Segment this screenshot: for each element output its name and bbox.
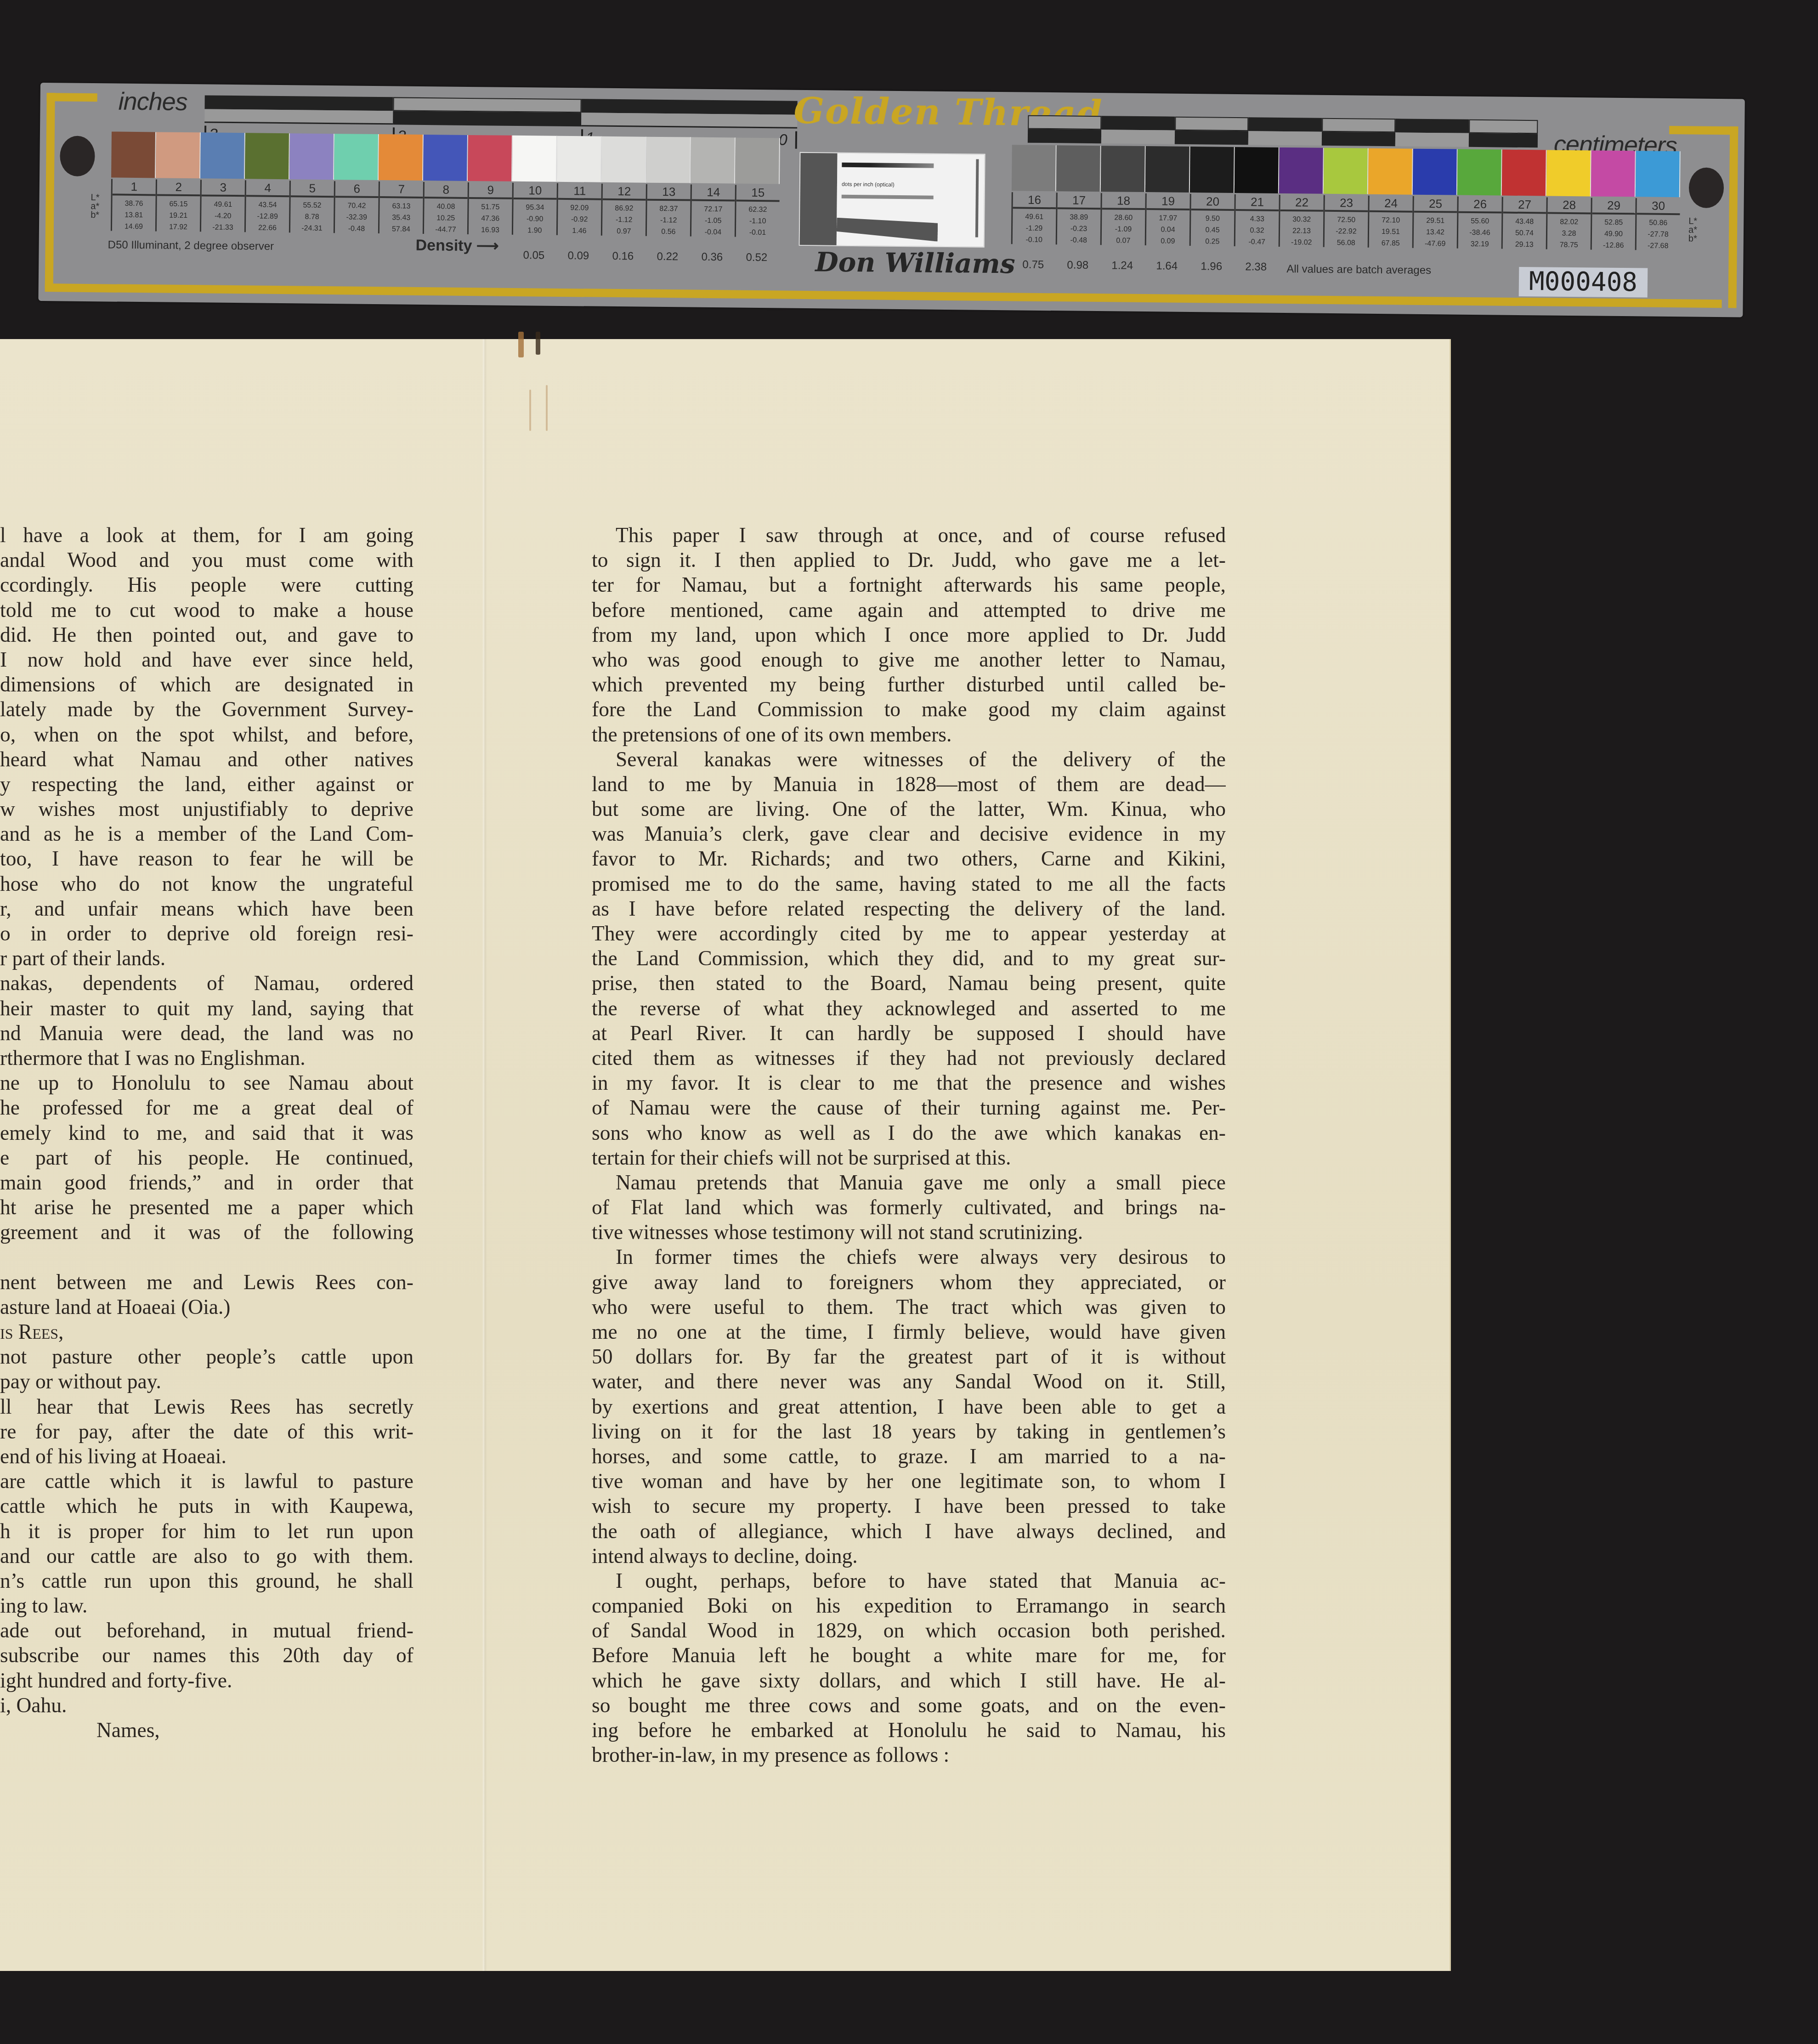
text-line: companied Boki on his expedition to Erra… [592,1593,1226,1618]
text-line: dimensions of which are designated in [0,672,413,697]
color-patch-4 [245,133,290,179]
color-patches-left [111,131,780,184]
density-value-21: 2.38 [1234,260,1278,274]
text-line: favor to Mr. Richards; and two others, C… [592,846,1226,871]
color-patch-1 [111,131,156,178]
color-patch-18 [1101,146,1146,192]
text-line: brother-in-law, in my presence as follow… [592,1743,1226,1767]
text-line: ing before he embarked at Honolulu he sa… [592,1718,1226,1743]
color-patch-13 [646,137,691,183]
text-line: of Sandal Wood in 1829, on which occasio… [592,1618,1226,1643]
text-line: h it is proper for him to let run upon [0,1519,413,1544]
text-line: 50 dollars for. By far the greatest part… [592,1344,1226,1369]
density-value-19: 1.64 [1144,260,1189,273]
text-line: told me to cut wood to make a house [0,598,413,623]
density-value-16: 0.75 [1011,258,1055,272]
text-line: intend always to decline, doing. [592,1544,1226,1568]
lab-values-17: 1738.89-0.23-0.48 [1056,193,1101,245]
color-patch-24 [1368,148,1413,195]
density-value-12: 0.16 [600,250,645,263]
text-line: which he gave sixty dollars, and which I… [592,1668,1226,1693]
text-line: of Namau were the cause of their turning… [592,1095,1226,1120]
lab-values-18: 1828.60-1.090.07 [1100,193,1145,245]
text-line: e part of his people. He continued, [0,1145,413,1170]
lab-values-9: 951.7547.3616.93 [467,182,512,235]
text-line: and our cattle are also to go with them. [0,1544,413,1568]
text-line: subscribe our names this 20th day of [0,1643,413,1668]
color-patch-5 [289,133,334,180]
lab-values-3: 349.61-4.20-21.33 [200,180,245,232]
text-line: as I have before related respecting the … [592,896,1226,921]
density-label: Density ⟶ [415,236,498,255]
color-calibration-target: inches centimeters 3 2 1 0 Golden Thread… [38,83,1744,317]
color-patch-29 [1591,150,1636,197]
lab-values-19: 1917.970.040.09 [1145,193,1190,246]
text-line: Names, [0,1718,413,1743]
text-line: too, I have reason to fear he will be [0,846,413,871]
text-line: ht arise he presented me a paper which [0,1195,413,1220]
text-line: fore the Land Commission to make good my… [592,697,1226,722]
text-line: They were accordingly cited by me to app… [592,921,1226,946]
lab-values-29: 2952.8549.90-12.86 [1591,198,1636,250]
text-line: lately made by the Government Survey- [0,697,413,722]
text-line: did. He then pointed out, and gave to [0,623,413,647]
text-line: emely kind to me, and said that it was [0,1121,413,1145]
color-patch-9 [468,135,513,181]
text-line: I ought, perhaps, before to have stated … [592,1568,1226,1593]
card-frame-right [1728,126,1738,308]
text-line: land to me by Manuia in 1828—most of the… [592,772,1226,797]
text-line: re for pay, after the date of this writ- [0,1419,413,1444]
text-line: pay or without pay. [0,1369,413,1394]
text-line: of Flat land which was formerly cultivat… [592,1195,1226,1220]
text-line: are cattle which it is lawful to pasture [0,1469,413,1494]
ink-mark [536,332,540,355]
text-line: not pasture other people’s cattle upon [0,1344,413,1369]
document-page: l have a look at them, for I am goingand… [0,339,1451,1971]
color-patch-21 [1235,147,1280,193]
text-line: ccordingly. His people were cutting [0,572,413,597]
text-line [0,1245,413,1269]
mounting-hole-left [60,136,95,176]
color-patch-8 [423,135,468,181]
faint-stain [529,390,531,431]
inches-label: inches [118,87,187,116]
batch-averages-note: All values are batch averages [1286,263,1431,277]
card-frame-top-left [47,93,97,102]
text-line: This paper I saw through at once, and of… [592,523,1226,548]
text-line: main good friends,” and in order that [0,1170,413,1195]
lab-values-26: 2655.60-38.4632.19 [1457,197,1502,249]
color-patch-10 [512,136,557,182]
density-value-15: 0.52 [734,251,779,265]
text-line: ing to law. [0,1593,413,1618]
text-line: greement and it was of the following [0,1220,413,1245]
text-line: nd Manuia were dead, the land was no [0,1021,413,1046]
text-line: he professed for me a great deal of [0,1095,413,1120]
mounting-hole-right [1689,167,1724,208]
text-line: Several kanakas were witnesses of the de… [592,747,1226,772]
rust-stain [518,332,524,357]
resolution-test-chart: dots per inch (optical) [799,152,985,248]
text-line: ne up to Honolulu to see Namau about [0,1070,413,1095]
text-line: tive woman and have by her one legitimat… [592,1469,1226,1494]
lab-values-28: 2882.023.2878.75 [1546,197,1591,249]
color-patch-30 [1636,151,1681,197]
text-line: cited them as witnesses if they had not … [592,1046,1226,1070]
text-line: hose who do not know the ungrateful [0,872,413,896]
card-frame-left [45,93,55,288]
lab-values-15: 1562.32-1.10-0.01 [735,185,780,238]
density-value-18: 1.24 [1100,259,1144,272]
maker-don-williams: Don Williams [815,246,1015,279]
text-line: y respecting the land, either against or [0,772,413,797]
text-line: w wishes most unjustifiably to deprive [0,797,413,821]
text-line: I now hold and have ever since held, [0,647,413,672]
color-patch-15 [735,138,780,184]
text-line: which prevented my being further disturb… [592,672,1226,697]
text-line: rthermore that I was no Englishman. [0,1046,413,1070]
text-line: andal Wood and you must come with [0,548,413,572]
color-patch-28 [1546,150,1591,196]
left-text-column: l have a look at them, for I am goingand… [0,523,413,1743]
text-line: before mentioned, came again and attempt… [592,598,1226,623]
color-patch-27 [1502,150,1547,196]
text-line: who was good enough to give me another l… [592,647,1226,672]
right-text-column: This paper I saw through at once, and of… [592,523,1226,1767]
color-patch-16 [1012,145,1057,191]
text-line: the oath of allegiance, which I have alw… [592,1519,1226,1544]
lab-values-21: 214.330.32-0.47 [1234,194,1279,247]
text-line: living on it for the last 18 years by ta… [592,1419,1226,1444]
color-patches-right [1012,145,1681,197]
lab-values-27: 2743.4850.7429.13 [1501,197,1546,249]
lab-values-10: 1095.34-0.901.90 [512,183,557,235]
lab-values-7: 763.1335.4357.84 [378,181,423,234]
text-line: give away land to foreigners whom they a… [592,1270,1226,1295]
lab-values-11: 1192.09-0.921.46 [556,183,601,236]
lab-keys-left: L*a*b* [91,193,99,220]
color-patch-19 [1145,146,1190,193]
density-value-17: 0.98 [1055,259,1100,272]
lab-values-24: 2472.1019.5167.85 [1368,196,1413,248]
lab-values-2: 265.1519.2117.92 [155,179,200,232]
text-line: heard what Namau and other natives [0,747,413,772]
lab-values-14: 1472.17-1.05-0.04 [690,185,735,237]
text-line: tive witnesses whose testimony will not … [592,1220,1226,1245]
text-line: sons who know as well as I do the awe wh… [592,1121,1226,1145]
color-patch-20 [1190,147,1235,193]
card-frame-top-right [1669,126,1738,135]
text-line: cattle which he puts in with Kaupewa, [0,1494,413,1518]
color-patch-7 [379,134,424,181]
text-line: In former times the chiefs were always v… [592,1245,1226,1269]
text-line: ter for Namau, but a fortnight afterward… [592,572,1226,597]
text-line: promised me to do the same, having state… [592,872,1226,896]
lab-values-20: 209.500.450.25 [1189,194,1235,246]
density-values-b: 0.750.981.241.641.962.38 [1011,258,1278,274]
text-line: o in order to deprive old foreign resi- [0,921,413,946]
lab-table-left: 138.7613.8114.69265.1519.2117.92349.61-4… [111,179,780,237]
lab-values-8: 840.0810.25-44.77 [423,182,468,234]
text-line: n’s cattle run upon this ground, he shal… [0,1568,413,1593]
text-line: water, and there never was any Sandal Wo… [592,1369,1226,1394]
density-values-a: 0.050.090.160.220.360.52 [511,249,779,265]
lab-values-22: 2230.3222.13-19.02 [1279,195,1324,247]
text-line: was Manuia’s clerk, gave clear and decis… [592,821,1226,846]
text-line: the Land Commission, which they did, and… [592,946,1226,971]
density-value-20: 1.96 [1189,260,1234,273]
text-line: wish to secure my property. I have been … [592,1494,1226,1518]
color-patch-3 [200,132,245,179]
density-value-11: 0.09 [556,249,600,263]
faint-stain [546,385,548,431]
lab-values-30: 3050.86-27.78-27.68 [1635,198,1680,250]
card-frame-bottom [45,283,1722,308]
text-line: nent between me and Lewis Rees con- [0,1270,413,1295]
lab-table-right: 1649.61-1.29-0.101738.89-0.23-0.481828.6… [1011,192,1680,250]
text-line: and as he is a member of the Land Com- [0,821,413,846]
lab-values-25: 2529.5113.42-47.69 [1412,196,1457,249]
target-id: M000408 [1519,267,1648,298]
text-line: ade out beforehand, in mutual friend- [0,1618,413,1643]
color-patch-14 [691,137,736,184]
text-line: asture land at Hoaeai (Oia.) [0,1295,413,1319]
lab-values-4: 443.54-12.8922.66 [244,180,289,232]
text-line: so bought me three cows and some goats, … [592,1693,1226,1718]
illuminant-note: D50 Illuminant, 2 degree observer [108,238,274,253]
color-patch-26 [1457,149,1502,196]
text-line: me no one at the time, I firmly believe,… [592,1319,1226,1344]
text-line: at Pearl River. It can hardly be suppose… [592,1021,1226,1046]
text-line: to sign it. I then applied to Dr. Judd, … [592,548,1226,572]
text-line: from my land, upon which I once more app… [592,623,1226,647]
color-patch-12 [601,136,646,183]
text-line: Before Manuia left he bought a white mar… [592,1643,1226,1668]
color-patch-6 [334,134,379,180]
text-line: by exertions and great attention, I have… [592,1394,1226,1419]
text-line: but some are living. One of the latter, … [592,797,1226,821]
lab-values-1: 138.7613.8114.69 [111,179,156,231]
lab-values-23: 2372.50-22.9256.08 [1323,195,1368,248]
text-line: end of his living at Hoaeai. [0,1444,413,1469]
color-patch-22 [1279,147,1324,194]
color-patch-17 [1056,145,1101,192]
text-line: r, and unfair means which have been [0,896,413,921]
text-line: the reverse of what they acknowleged and… [592,996,1226,1021]
text-line: prise, then stated to the Board, Namau b… [592,971,1226,996]
text-line: heir master to quit my land, saying that [0,996,413,1021]
density-value-13: 0.22 [645,250,690,264]
text-line: who were useful to them. The tract which… [592,1295,1226,1319]
text-line: ight hundred and forty-five. [0,1668,413,1693]
text-line: Namau pretends that Manuia gave me only … [592,1170,1226,1195]
lab-values-6: 670.42-32.39-0.48 [334,181,379,233]
lab-values-5: 555.528.78-24.31 [289,181,334,233]
density-value-10: 0.05 [511,249,556,262]
text-line: i, Oahu. [0,1693,413,1718]
text-line: ll hear that Lewis Rees has secretly [0,1394,413,1419]
color-patch-25 [1413,149,1458,195]
lab-values-16: 1649.61-1.29-0.10 [1011,192,1056,244]
text-line: in my favor. It is clear to me that the … [592,1070,1226,1095]
text-line: tertain for their chiefs will not be sur… [592,1145,1226,1170]
color-patch-11 [557,136,602,182]
lab-values-13: 1382.37-1.120.56 [646,184,691,237]
color-patch-2 [156,132,201,178]
lab-keys-right: L*a*b* [1688,217,1697,243]
text-line: o, when on the spot whilst, and before, [0,722,413,747]
text-line: l have a look at them, for I am going [0,523,413,548]
lab-values-12: 1286.92-1.120.97 [601,184,646,236]
text-line: horses, and some cattle, to graze. I am … [592,1444,1226,1469]
text-line: nakas, dependents of Namau, ordered [0,971,413,996]
color-patch-23 [1324,148,1369,194]
text-line: the pretensions of one of its own member… [592,722,1226,747]
text-line: is Rees, [0,1319,413,1344]
density-value-14: 0.36 [690,251,734,264]
text-line: r part of their lands. [0,946,413,971]
